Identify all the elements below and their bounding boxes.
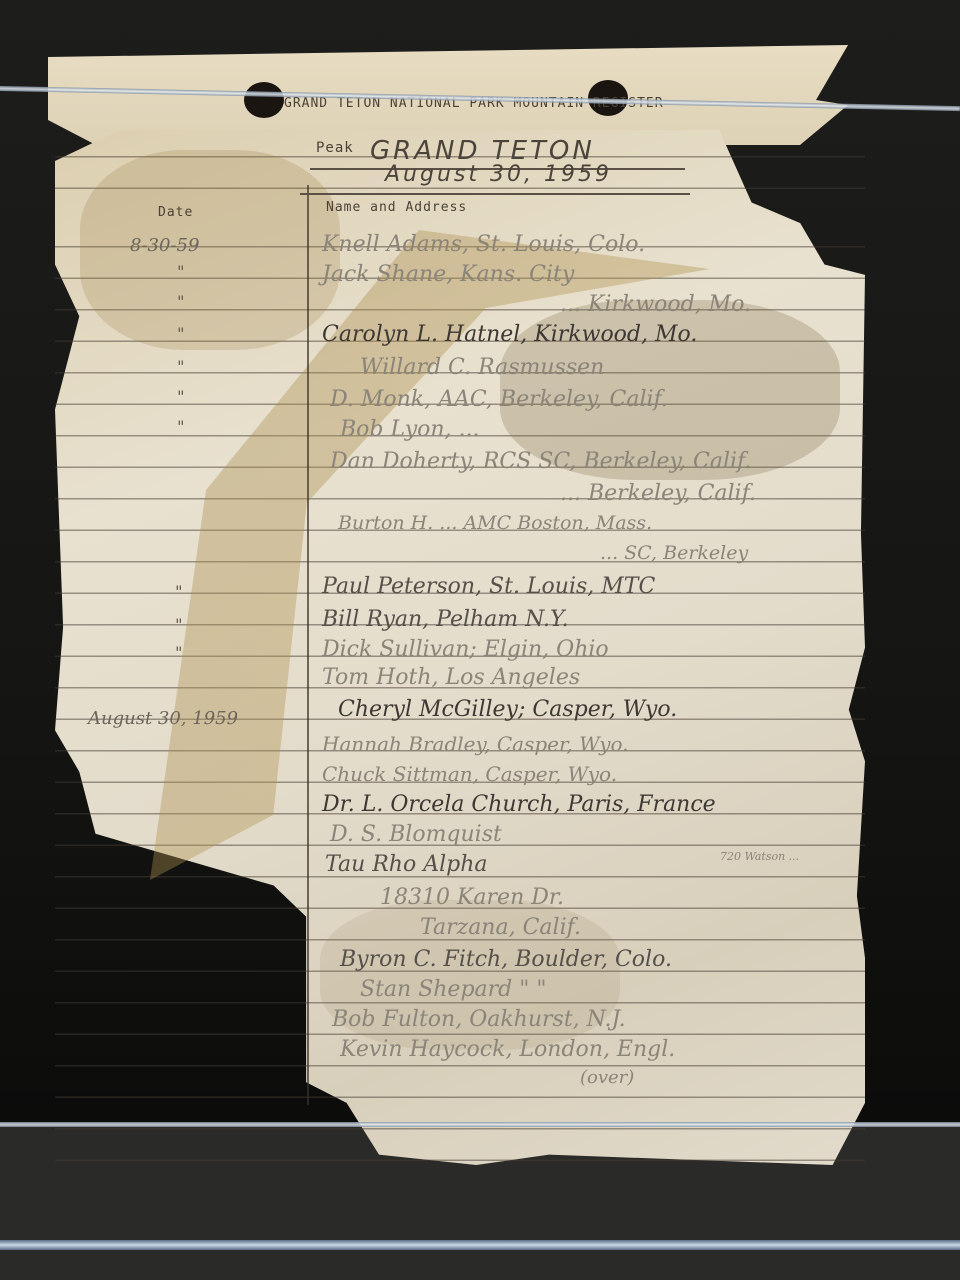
register-entry: Dan Doherty, RCS SC, Berkeley, Calif.	[330, 449, 751, 474]
water-stain	[80, 150, 340, 350]
register-entry: Bob Lyon, ...	[340, 417, 480, 442]
peak-label: Peak	[316, 140, 354, 156]
register-entry: Paul Peterson, St. Louis, MTC	[322, 574, 655, 599]
register-entry: Tarzana, Calif.	[420, 915, 581, 940]
register-entry: (over)	[580, 1067, 634, 1088]
name-address-column-header: Name and Address	[326, 200, 467, 215]
ditto-mark: "	[174, 582, 184, 601]
register-entry: ... SC, Berkeley	[600, 542, 748, 564]
register-entry: Knell Adams, St. Louis, Colo.	[322, 232, 645, 257]
date-column-divider	[307, 185, 309, 1105]
sleeve-edge-bottom	[0, 1240, 960, 1250]
register-entry: Bill Ryan, Pelham N.Y.	[322, 607, 569, 632]
register-entry: Cheryl McGilley; Casper, Wyo.	[338, 697, 677, 722]
climb-date: August 30, 1959	[385, 162, 612, 187]
register-entry: Bob Fulton, Oakhurst, N.J.	[332, 1007, 626, 1032]
register-entry: Kevin Haycock, London, Engl.	[340, 1037, 675, 1062]
register-entry: Tom Hoth, Los Angeles	[322, 665, 580, 690]
register-entry: Chuck Sittman, Casper, Wyo.	[322, 762, 617, 786]
side-note: 720 Watson ...	[720, 850, 799, 863]
date-entry: 8-30-59	[130, 235, 199, 256]
register-entry: D. S. Blomquist	[330, 822, 502, 847]
register-entry: ... Kirkwood, Mo.	[560, 292, 751, 317]
register-entry: Dr. L. Orcela Church, Paris, France	[322, 792, 716, 817]
ditto-mark: "	[176, 262, 186, 281]
date-column-header: Date	[158, 205, 193, 220]
punch-hole-left	[244, 82, 284, 118]
register-entry: Dick Sullivan; Elgin, Ohio	[322, 637, 609, 662]
ditto-mark: "	[176, 387, 186, 406]
ditto-mark: "	[176, 292, 186, 311]
date-underline	[300, 193, 690, 195]
ditto-mark: "	[176, 324, 186, 343]
ditto-mark: "	[176, 357, 186, 376]
register-entry: 18310 Karen Dr.	[380, 885, 564, 910]
ditto-mark: "	[174, 615, 184, 634]
register-entry: Jack Shane, Kans. City	[322, 262, 574, 287]
register-entry: Burton H. ... AMC Boston, Mass.	[338, 512, 652, 534]
register-entry: Tau Rho Alpha	[325, 852, 488, 877]
sleeve-edge-middle	[0, 1122, 960, 1127]
register-entry: Willard C. Rasmussen	[360, 355, 604, 380]
register-entry: D. Monk, AAC, Berkeley, Calif.	[330, 387, 668, 412]
register-entry: ... Berkeley, Calif.	[560, 481, 756, 506]
register-entry: Hannah Bradley, Casper, Wyo.	[322, 732, 629, 756]
register-entry: Stan Shepard " "	[360, 977, 546, 1002]
register-entry: Byron C. Fitch, Boulder, Colo.	[340, 947, 672, 972]
ditto-mark: "	[176, 417, 186, 436]
ditto-mark: "	[174, 643, 184, 662]
register-entry: Carolyn L. Hatnel, Kirkwood, Mo.	[322, 322, 697, 347]
date-entry: August 30, 1959	[88, 708, 238, 729]
